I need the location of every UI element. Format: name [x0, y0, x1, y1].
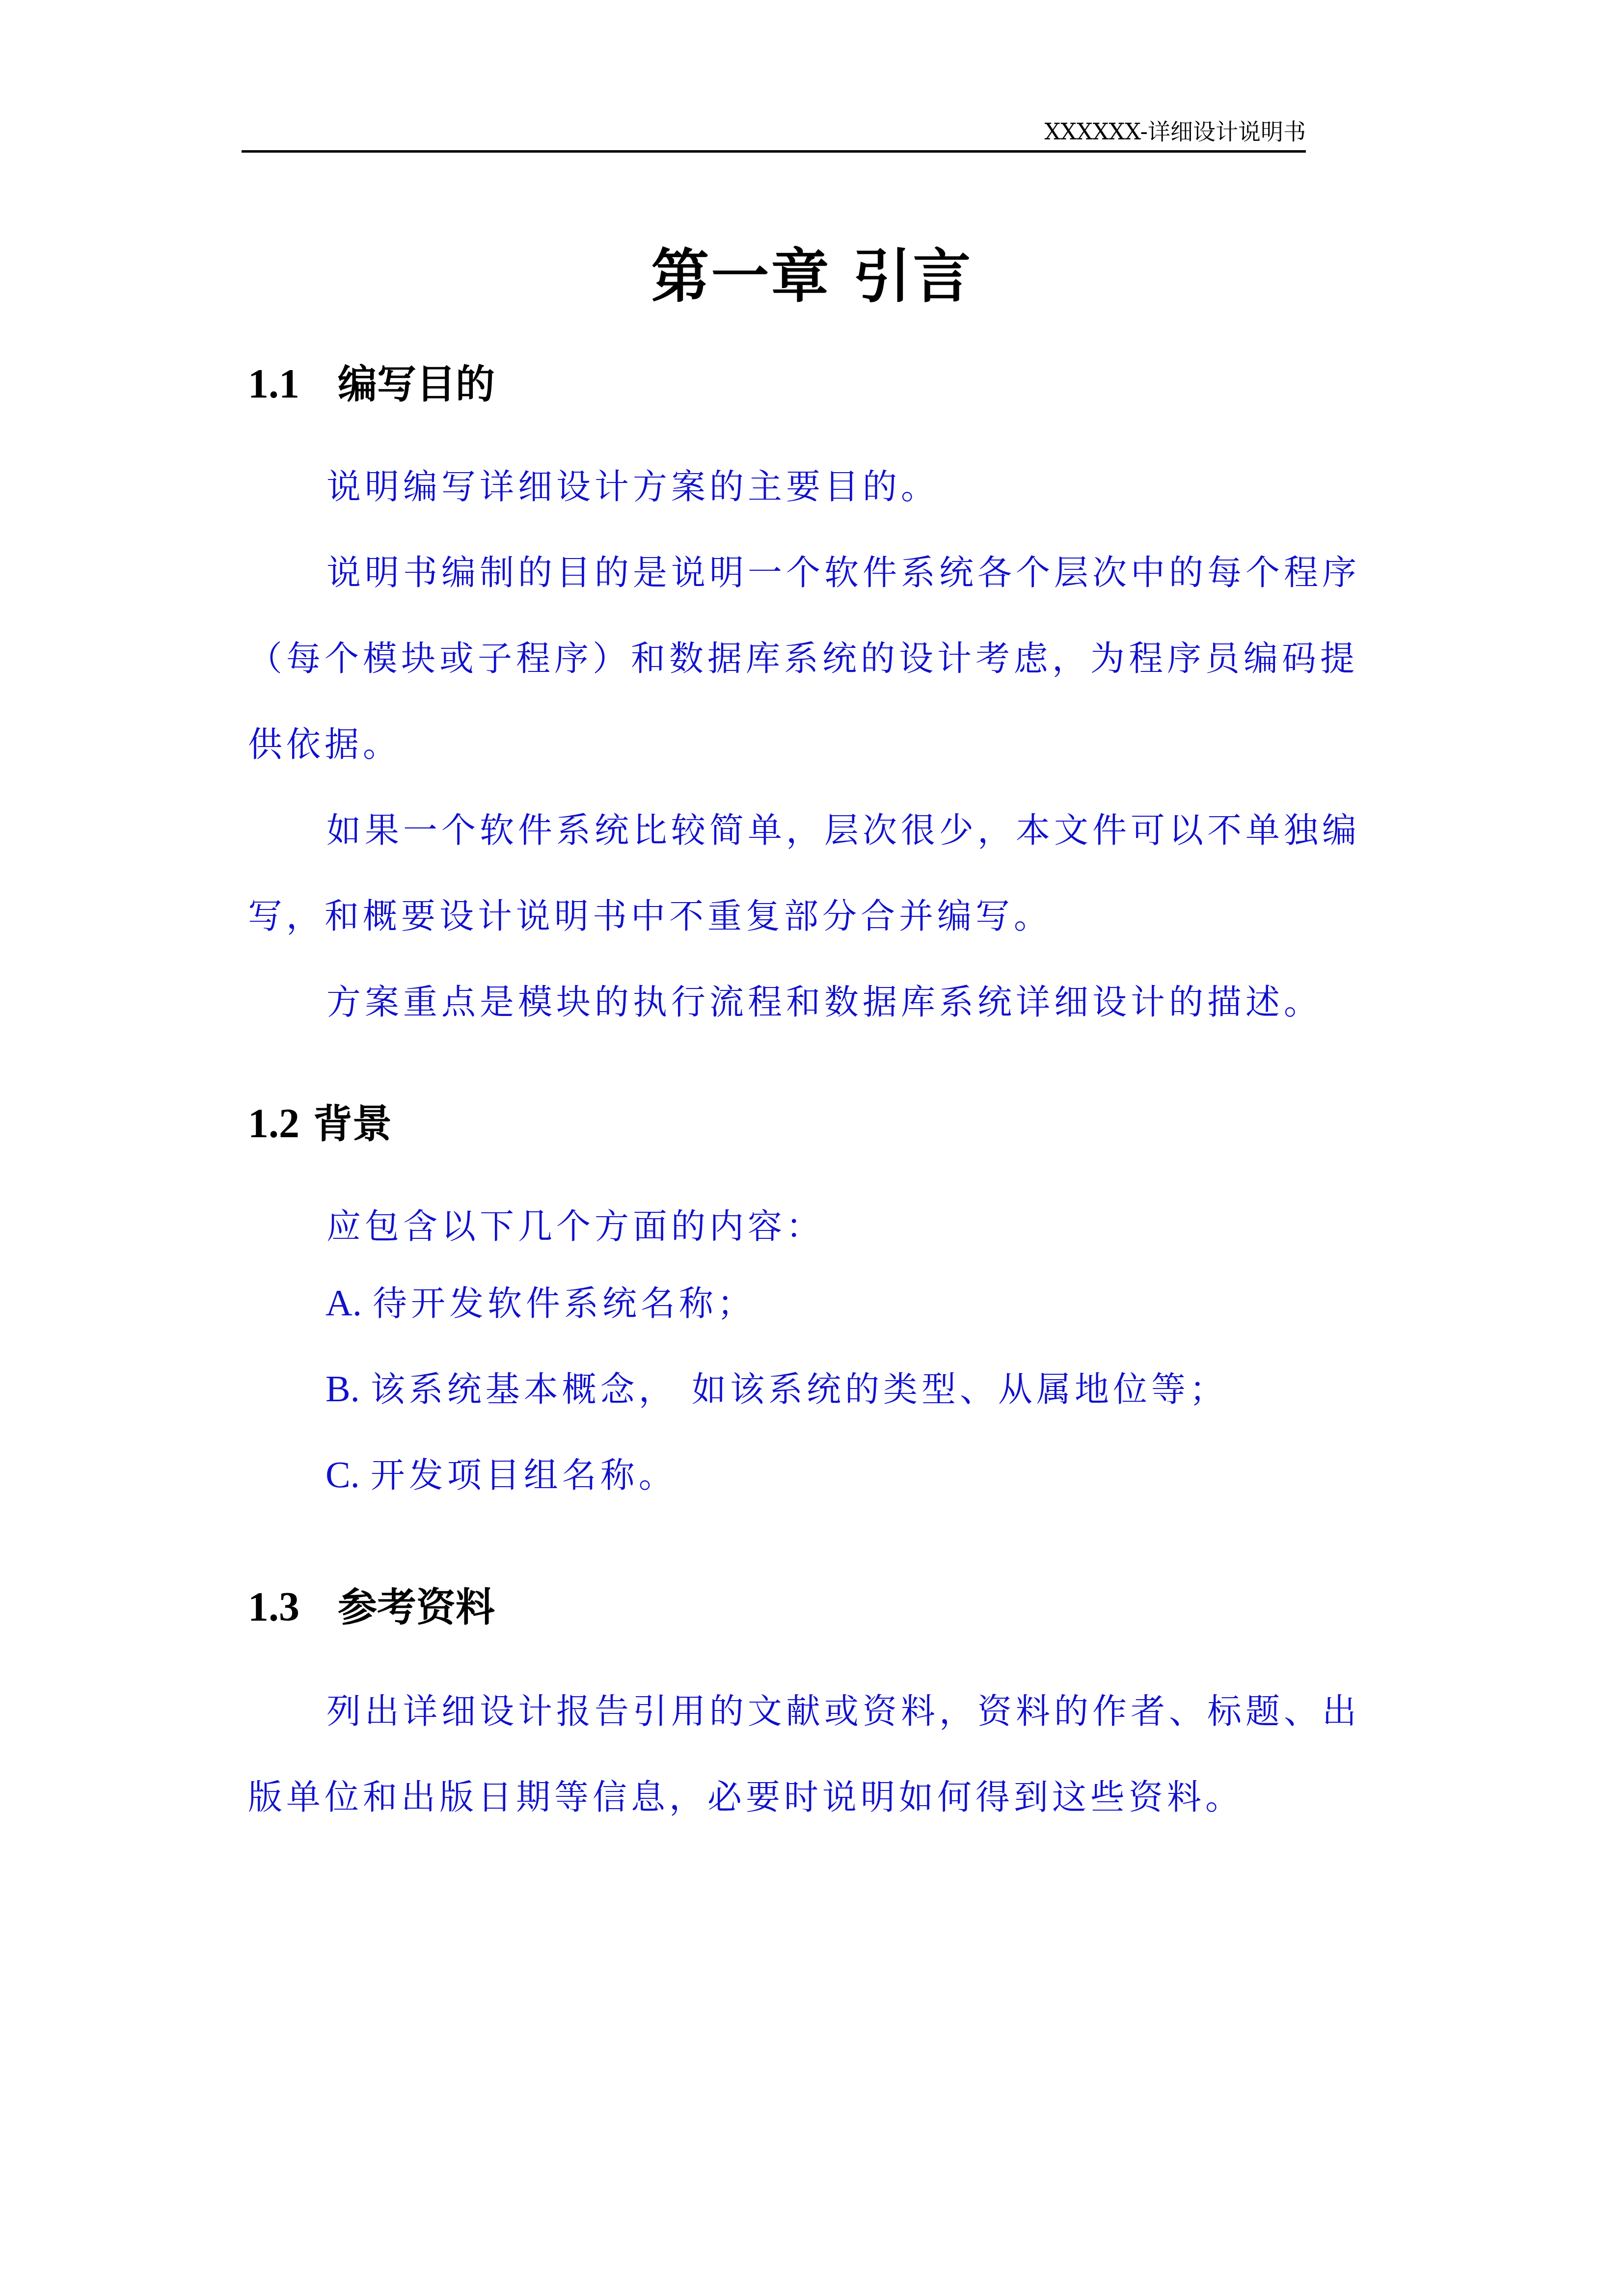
paragraph: 如果一个软件系统比较简单，层次很少，本文件可以不单独编写，和概要设计说明书中不重… [248, 788, 1367, 960]
paragraph: 说明书编制的目的是说明一个软件系统各个层次中的每个程序（每个模块或子程序）和数据… [248, 530, 1367, 788]
document-page: XXXXXX-详细设计说明书 第一章 引言 1.1编写目的 说明编写详细设计方案… [0, 0, 1624, 2296]
page-header-title: XXXXXX-详细设计说明书 [1045, 114, 1306, 146]
paragraph: 列出详细设计报告引用的文献或资料，资料的作者、标题、出版单位和出版日期等信息，必… [248, 1669, 1367, 1841]
list-item: C.开发项目组名称。 [325, 1448, 677, 1497]
list-text: 该系统基本概念， 如该系统的类型、从属地位等； [371, 1369, 1228, 1410]
list-item: A.待开发软件系统名称； [325, 1276, 756, 1326]
section-number: 1.2 [248, 1101, 299, 1147]
chapter-title: 第一章 引言 [0, 230, 1624, 313]
list-text: 开发项目组名称。 [371, 1455, 677, 1495]
section-title: 背景 [313, 1101, 392, 1147]
section-number: 1.3 [248, 1584, 299, 1630]
paragraph: 说明编写详细设计方案的主要目的。 [248, 444, 1367, 530]
section-title: 参考资料 [338, 1584, 495, 1630]
list-item: B.该系统基本概念， 如该系统的类型、从属地位等； [325, 1362, 1228, 1412]
section-heading-1-2: 1.2背景 [248, 1092, 392, 1148]
section-title: 编写目的 [338, 361, 495, 407]
header-divider [242, 150, 1306, 153]
paragraph-intro: 应包含以下几个方面的内容： [248, 1184, 1367, 1270]
list-marker: C. [325, 1454, 360, 1495]
section-heading-1-3: 1.3参考资料 [248, 1575, 495, 1632]
paragraph: 方案重点是模块的执行流程和数据库系统详细设计的描述。 [248, 960, 1367, 1045]
list-marker: B. [325, 1368, 360, 1410]
section-heading-1-1: 1.1编写目的 [248, 352, 495, 409]
list-text: 待开发软件系统名称； [373, 1283, 756, 1324]
section-number: 1.1 [248, 361, 299, 407]
list-marker: A. [325, 1282, 362, 1324]
